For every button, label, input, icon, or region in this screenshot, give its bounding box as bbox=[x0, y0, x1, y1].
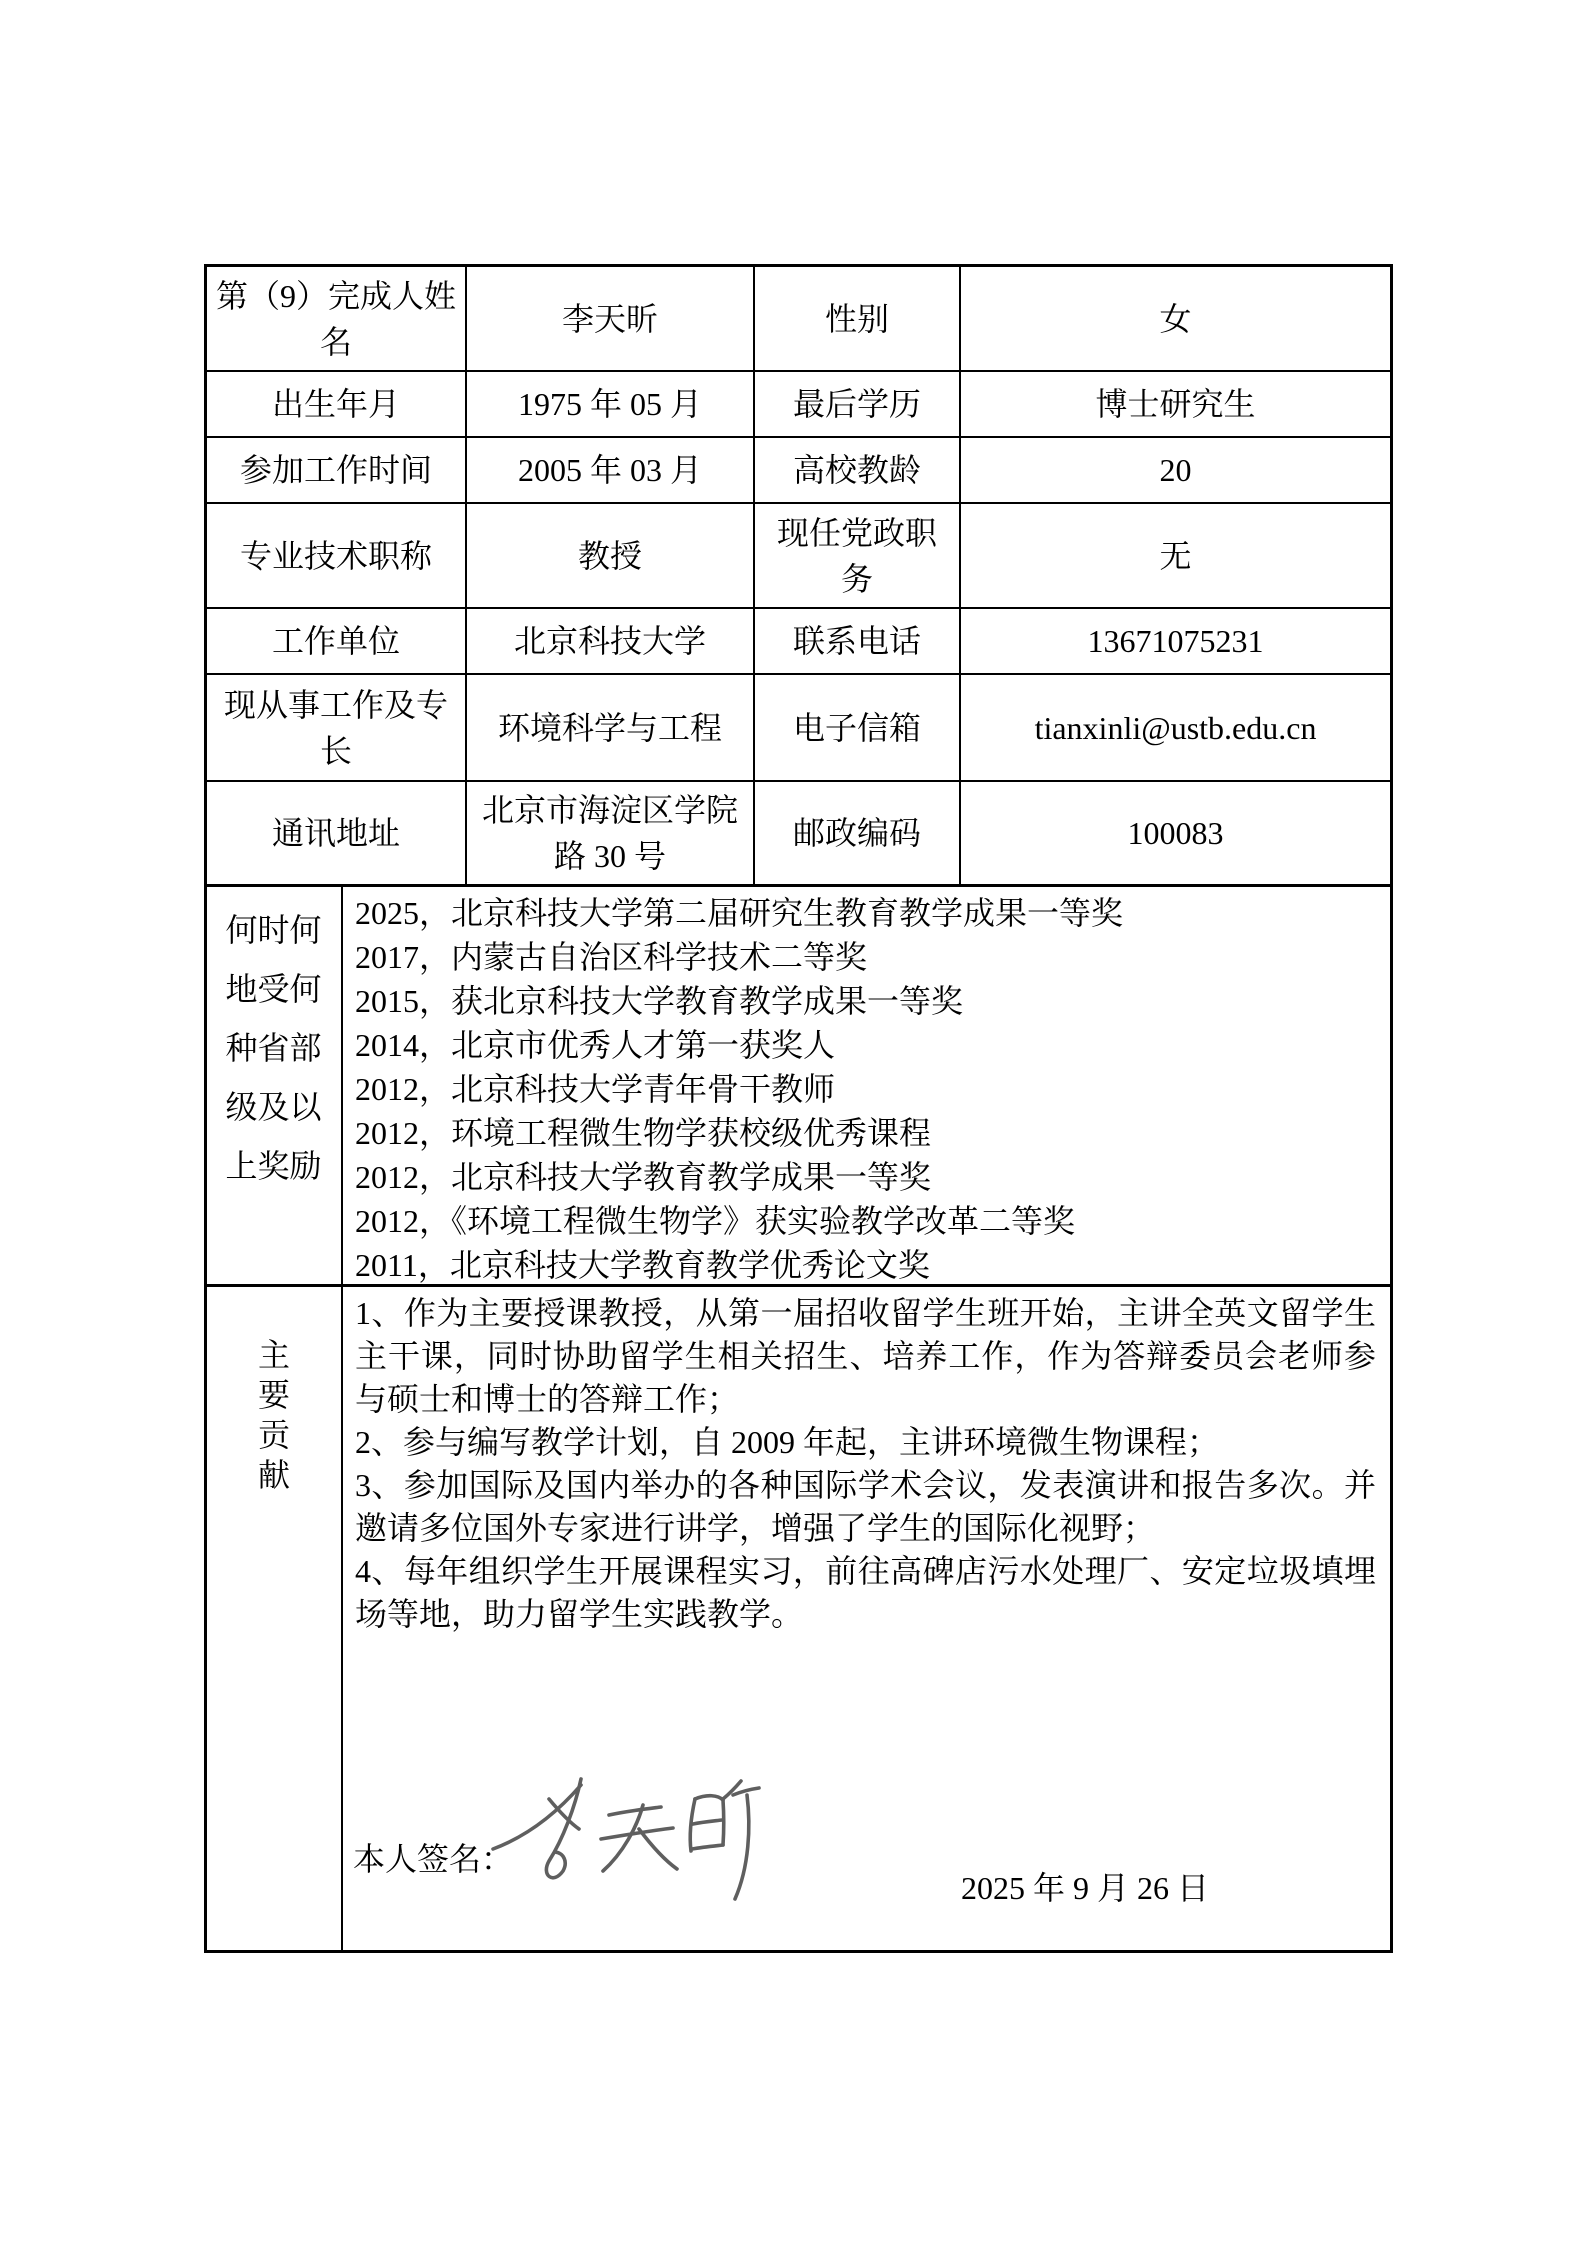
label-current-work-specialty: 现从事工作及专长 bbox=[207, 675, 467, 782]
award-item: 2025，北京科技大学第二届研究生教育教学成果一等奖 bbox=[355, 891, 1376, 935]
contributions-row: 主要贡献 1、作为主要授课教授，从第一届招收留学生班开始，主讲全英文留学生主干课… bbox=[207, 1287, 1390, 1950]
label-work-start-time: 参加工作时间 bbox=[207, 438, 467, 504]
contributions-content: 1、作为主要授课教授，从第一届招收留学生班开始，主讲全英文留学生主干课，同时协助… bbox=[343, 1287, 1390, 1950]
info-grid: 第（9）完成人姓名 李天昕 性别 女 出生年月 1975 年 05 月 最后学历… bbox=[207, 267, 1390, 887]
value-final-education: 博士研究生 bbox=[961, 372, 1390, 438]
label-birth-date: 出生年月 bbox=[207, 372, 467, 438]
award-item: 2017，内蒙古自治区科学技术二等奖 bbox=[355, 935, 1376, 979]
personnel-form-table: 第（9）完成人姓名 李天昕 性别 女 出生年月 1975 年 05 月 最后学历… bbox=[204, 264, 1393, 1953]
value-birth-date: 1975 年 05 月 bbox=[467, 372, 755, 438]
label-phone: 联系电话 bbox=[755, 609, 961, 675]
contribution-item: 4、每年组织学生开展课程实习，前往高碑店污水处理厂、安定垃圾填埋场等地，助力留学… bbox=[355, 1550, 1376, 1636]
award-item: 2014，北京市优秀人才第一获奖人 bbox=[355, 1023, 1376, 1067]
value-employer: 北京科技大学 bbox=[467, 609, 755, 675]
label-teaching-years: 高校教龄 bbox=[755, 438, 961, 504]
value-teaching-years: 20 bbox=[961, 438, 1390, 504]
label-completer-name: 第（9）完成人姓名 bbox=[207, 267, 467, 372]
award-item: 2015，获北京科技大学教育教学成果一等奖 bbox=[355, 979, 1376, 1023]
awards-row: 何时何地受何种省部级及以上奖励 2025，北京科技大学第二届研究生教育教学成果一… bbox=[207, 887, 1390, 1287]
award-item: 2012，北京科技大学青年骨干教师 bbox=[355, 1067, 1376, 1111]
value-mailing-address: 北京市海淀区学院路 30 号 bbox=[467, 782, 755, 884]
value-email: tianxinli@ustb.edu.cn bbox=[961, 675, 1390, 782]
label-postal-code: 邮政编码 bbox=[755, 782, 961, 884]
signature-handwriting bbox=[489, 1765, 761, 1907]
value-completer-name: 李天昕 bbox=[467, 267, 755, 372]
award-item: 2012，《环境工程微生物学》获实验教学改革二等奖 bbox=[355, 1199, 1376, 1243]
label-mailing-address: 通讯地址 bbox=[207, 782, 467, 884]
award-item: 2012，北京科技大学教育教学成果一等奖 bbox=[355, 1155, 1376, 1199]
value-current-work-specialty: 环境科学与工程 bbox=[467, 675, 755, 782]
label-professional-title: 专业技术职称 bbox=[207, 504, 467, 609]
value-professional-title: 教授 bbox=[467, 504, 755, 609]
awards-label: 何时何地受何种省部级及以上奖励 bbox=[226, 901, 323, 1196]
awards-list: 2025，北京科技大学第二届研究生教育教学成果一等奖 2017，内蒙古自治区科学… bbox=[343, 887, 1390, 1287]
contributions-label-cell: 主要贡献 bbox=[207, 1287, 343, 1950]
value-postal-code: 100083 bbox=[961, 782, 1390, 884]
contribution-item: 2、参与编写教学计划，自 2009 年起，主讲环境微生物课程； bbox=[355, 1421, 1376, 1464]
contributions-label: 主要贡献 bbox=[258, 1335, 291, 1495]
signature-date: 2025 年 9 月 26 日 bbox=[961, 1867, 1201, 1909]
label-email: 电子信箱 bbox=[755, 675, 961, 782]
label-final-education: 最后学历 bbox=[755, 372, 961, 438]
value-party-position: 无 bbox=[961, 504, 1390, 609]
award-item: 2012，环境工程微生物学获校级优秀课程 bbox=[355, 1111, 1376, 1155]
contribution-item: 3、参加国际及国内举办的各种国际学术会议，发表演讲和报告多次。并邀请多位国外专家… bbox=[355, 1464, 1376, 1550]
value-phone: 13671075231 bbox=[961, 609, 1390, 675]
label-gender: 性别 bbox=[755, 267, 961, 372]
award-item: 2011，北京科技大学教育教学优秀论文奖 bbox=[355, 1243, 1376, 1287]
value-work-start-time: 2005 年 03 月 bbox=[467, 438, 755, 504]
contribution-item: 1、作为主要授课教授，从第一届招收留学生班开始，主讲全英文留学生主干课，同时协助… bbox=[355, 1292, 1376, 1421]
label-employer: 工作单位 bbox=[207, 609, 467, 675]
label-party-position: 现任党政职务 bbox=[755, 504, 961, 609]
awards-label-cell: 何时何地受何种省部级及以上奖励 bbox=[207, 887, 343, 1287]
value-gender: 女 bbox=[961, 267, 1390, 372]
